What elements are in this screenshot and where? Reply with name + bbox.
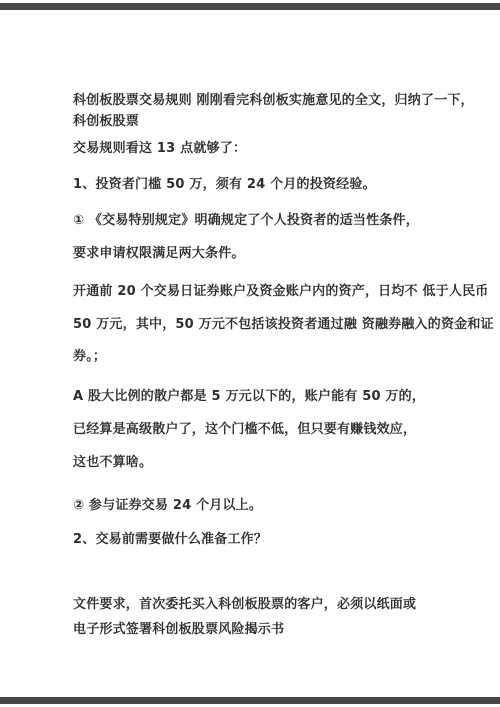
intro-line: 交易规则看这 13 点就够了： xyxy=(73,141,246,156)
file-requirement-line-1: 文件要求，首次委托买入科创板股票的客户，必须以纸面或 xyxy=(73,597,416,612)
file-requirement-line-2: 电子形式签署科创板股票风险揭示书 xyxy=(73,622,284,637)
bottom-edge-bar xyxy=(0,697,500,704)
rule-1-heading: 1、投资者门槛 50 万，须有 24 个月的投资经验。 xyxy=(73,177,376,192)
document-page: { "page": { "background_color": "#ffffff… xyxy=(0,0,500,707)
asset-requirement-line-3: 券。； xyxy=(73,349,106,364)
asset-requirement-line-2: 50 万元，其中，50 万元不包括该投资者通过融 资融券融入的资金和证 xyxy=(73,317,494,332)
top-edge-bar xyxy=(0,3,500,10)
title-line-2: 科创板股票 xyxy=(73,114,139,129)
title-line-1: 科创板股票交易规则 刚刚看完科创板实施意见的全文，归纳了一下， xyxy=(73,93,474,108)
condition-1-line-1: ① 《交易特别规定》明确规定了个人投资者的适当性条件， xyxy=(73,213,419,228)
retail-comment-line-2: 已经算是高级散户了，这个门槛不低，但只要有赚钱效应， xyxy=(73,422,416,437)
asset-requirement-line-1: 开通前 20 个交易日证券账户及资金账户内的资产，日均不 低于人民币 xyxy=(73,284,488,299)
retail-comment-line-1: A 股大比例的散户都是 5 万元以下的，账户能有 50 万的， xyxy=(73,389,425,404)
condition-1-line-2: 要求申请权限满足两大条件。 xyxy=(73,246,245,261)
condition-2-line: ② 参与证券交易 24 个月以上。 xyxy=(73,498,262,513)
retail-comment-line-3: 这也不算啥。 xyxy=(73,455,152,470)
rule-2-heading: 2、交易前需要做什么准备工作？ xyxy=(73,532,267,547)
